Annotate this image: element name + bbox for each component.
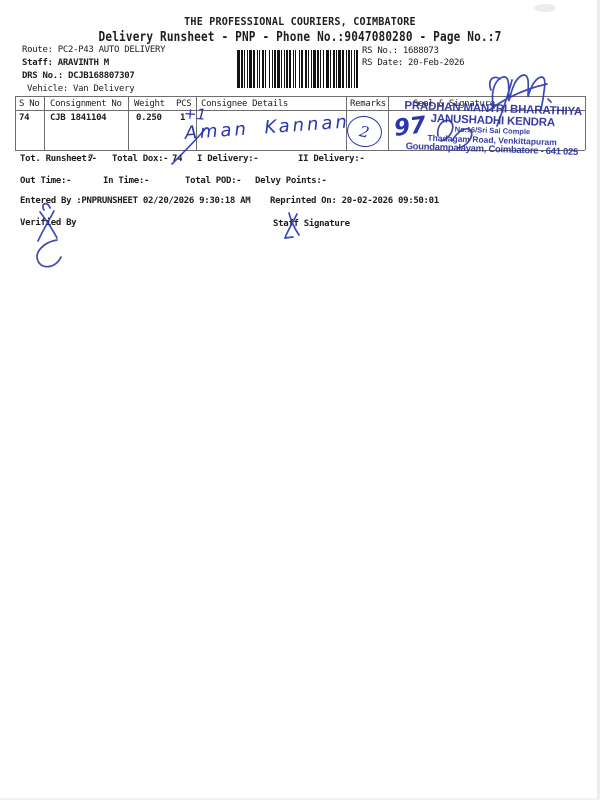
rs-date-label: RS Date: bbox=[362, 58, 403, 68]
col-divider-1 bbox=[44, 96, 45, 150]
seal-signature-dot bbox=[548, 99, 551, 102]
drs-value: DCJB168807307 bbox=[68, 71, 135, 81]
delvy-points-label: Delvy Points:- bbox=[255, 176, 327, 186]
in-time-label: In Time:- bbox=[103, 176, 149, 186]
route-value: PC2-P43 AUTO DELIVERY bbox=[58, 45, 166, 55]
handwritten-stamp-digits: 97 bbox=[393, 112, 428, 142]
table-border-left bbox=[15, 96, 16, 150]
route-line: Route:PC2-P43 AUTO DELIVERY bbox=[22, 45, 165, 55]
rs-no-value: 1688073 bbox=[403, 46, 439, 56]
total-pod-label: Total POD:- bbox=[185, 176, 241, 186]
staff-value: ARAVINTH M bbox=[58, 58, 109, 68]
header-weight: Weight bbox=[134, 99, 165, 109]
handwritten-remark-circled: 2 bbox=[344, 113, 385, 151]
scan-smudge bbox=[534, 4, 556, 12]
delivery1-label: I Delivery:- bbox=[197, 154, 258, 164]
staff-signature-label: Staff Signature bbox=[273, 219, 350, 229]
row-weight: 0.250 bbox=[136, 113, 162, 123]
staff-label: Staff: bbox=[22, 58, 53, 68]
vehicle-value: Van Delivery bbox=[73, 84, 134, 94]
rs-date-line: RS Date:20-Feb-2026 bbox=[362, 58, 464, 68]
delivery2-label: II Delivery:- bbox=[298, 154, 365, 164]
verified-by-label: Verified By bbox=[20, 218, 76, 228]
row-s-no: 74 bbox=[19, 113, 29, 123]
drs-label: DRS No.: bbox=[22, 71, 63, 81]
reprinted-on-line: Reprinted On: 20-02-2026 09:50:01 bbox=[270, 196, 439, 206]
company-title: THE PROFESSIONAL COURIERS, COIMBATORE bbox=[12, 16, 588, 28]
header-s-no: S No bbox=[19, 99, 39, 109]
row-consignment-no: CJB 1841104 bbox=[50, 113, 106, 123]
staff-line: Staff:ARAVINTH M bbox=[22, 58, 109, 68]
verified-signature-curve bbox=[37, 240, 61, 267]
runsheet-title: Delivery Runsheet - PNP - Phone No.:9047… bbox=[54, 29, 546, 45]
header-consignee-details: Consignee Details bbox=[201, 99, 288, 109]
header-consignment-no: Consignment No bbox=[50, 99, 122, 109]
rs-no-line: RS No.:1688073 bbox=[362, 46, 439, 56]
total-dox-label: Total Dox:- bbox=[112, 154, 168, 164]
vehicle-line: Vehicle:Van Delivery bbox=[27, 84, 134, 94]
rs-no-label: RS No.: bbox=[362, 46, 398, 56]
rs-date-value: 20-Feb-2026 bbox=[408, 58, 464, 68]
barcode bbox=[237, 50, 359, 88]
drs-line: DRS No.:DCJB168807307 bbox=[22, 71, 135, 81]
table-border-top bbox=[15, 96, 585, 97]
tot-runsheet-label: Tot. Runsheet:- bbox=[20, 154, 97, 164]
tot-runsheet-value: 7 bbox=[88, 154, 93, 164]
handwritten-consignee-name: Aman Kannan bbox=[184, 111, 351, 143]
vehicle-label: Vehicle: bbox=[27, 84, 68, 94]
route-label: Route: bbox=[22, 45, 53, 55]
delivery-runsheet-document: THE PROFESSIONAL COURIERS, COIMBATORE De… bbox=[0, 0, 600, 800]
header-remarks: Remarks bbox=[350, 99, 386, 109]
seal-signature-loop bbox=[490, 77, 500, 90]
out-time-label: Out Time:- bbox=[20, 176, 71, 186]
col-divider-2 bbox=[128, 96, 129, 150]
entered-by-line: Entered By :PNPRUNSHEET 02/20/2026 9:30:… bbox=[20, 196, 250, 206]
remark-number: 2 bbox=[358, 122, 371, 142]
total-dox-value: 74 bbox=[172, 154, 182, 164]
